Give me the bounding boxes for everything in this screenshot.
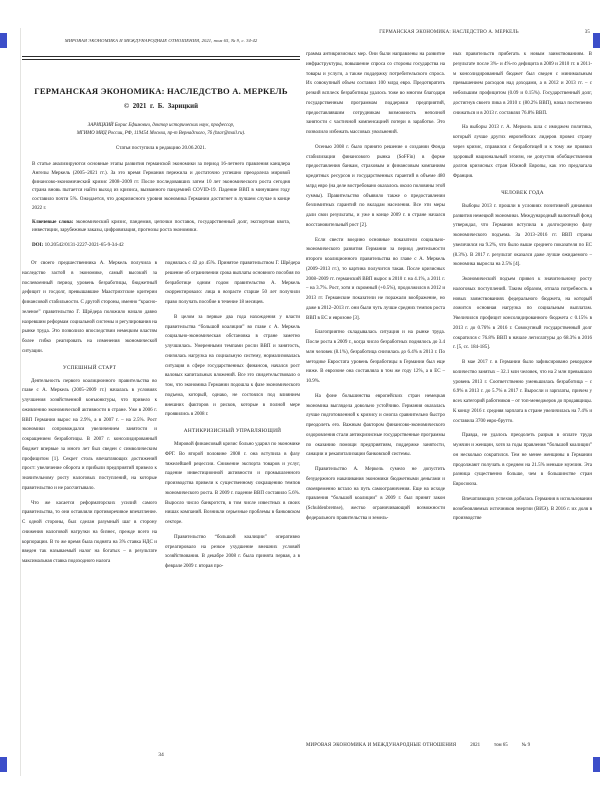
page-edge-line bbox=[20, 28, 21, 776]
body-paragraph: Правда, не удалось преодолеть разрыв в о… bbox=[453, 431, 592, 490]
body-paragraph: От своего предшественника А. Меркель пол… bbox=[22, 259, 157, 357]
body-paragraph: Что же касается реформаторских усилий са… bbox=[22, 499, 157, 567]
doi-label: DOI: bbox=[32, 242, 43, 248]
copyright-author-line: © 2021 г. Б. Зарицкий bbox=[22, 103, 300, 110]
scan-mark-bottom-right-icon bbox=[593, 757, 600, 772]
footer-year: 2021 bbox=[470, 743, 480, 748]
column-2: поднялась с 42 до 45%. Принятое правител… bbox=[165, 259, 300, 577]
body-paragraph: На выборы 2013 г. А. Меркель шла с имидж… bbox=[453, 123, 592, 182]
body-paragraph: Деятельность первого коалиционного прави… bbox=[22, 377, 157, 494]
article-title: ГЕРМАНСКАЯ ЭКОНОМИКА: НАСЛЕДСТВО А. МЕРК… bbox=[22, 86, 300, 96]
body-paragraph: В целом за первые два года нахождения у … bbox=[165, 313, 300, 420]
journal-footer: МИРОВАЯ ЭКОНОМИКА И МЕЖДУНАРОДНЫЕ ОТНОШЕ… bbox=[306, 743, 592, 748]
received-date: Статья поступила в редакцию 20.06.2021. bbox=[22, 145, 300, 151]
body-paragraph: В мае 2017 г. в Германии было зафиксиров… bbox=[453, 358, 592, 426]
scanned-journal-spread: МИРОВАЯ ЭКОНОМИКА И МЕЖДУНАРОДНЫЕ ОТНОШЕ… bbox=[0, 0, 600, 800]
scan-mark-bottom-left-icon bbox=[0, 757, 7, 772]
footer-volume: том 65 bbox=[494, 743, 508, 748]
body-paragraph: ных правительств прибегать к новым заимс… bbox=[453, 50, 592, 118]
body-columns-right-page: грамма антикризисных мер. Они были напра… bbox=[306, 50, 592, 529]
page-right: ГЕРМАНСКАЯ ЭКОНОМИКА: НАСЛЕДСТВО А. МЕРК… bbox=[306, 30, 592, 774]
column-1: От своего предшественника А. Меркель пол… bbox=[22, 259, 157, 577]
header-double-rule bbox=[22, 56, 300, 60]
body-paragraph: Правительство “большой коалиции” операти… bbox=[165, 533, 300, 572]
section-heading: ЧЕЛОВЕК ГОДА bbox=[453, 190, 592, 196]
running-head-title: ГЕРМАНСКАЯ ЭКОНОМИКА: НАСЛЕДСТВО А. МЕРК… bbox=[379, 30, 519, 35]
body-paragraph: Выборы 2013 г. прошли в условиях позитив… bbox=[453, 202, 592, 270]
scan-mark-top-left-icon bbox=[0, 33, 7, 48]
keywords-block: Ключевые слова: экономический кризис, па… bbox=[32, 218, 290, 236]
body-paragraph: Благоприятно складывалась ситуация и на … bbox=[306, 328, 445, 387]
running-head-left: МИРОВАЯ ЭКОНОМИКА И МЕЖДУНАРОДНЫЕ ОТНОШЕ… bbox=[22, 38, 300, 43]
body-paragraph: Экономический подъем привел к значительн… bbox=[453, 275, 592, 353]
column-2: ных правительств прибегать к новым заимс… bbox=[453, 50, 592, 529]
author-affiliation-line: ЗАРИЦКИЙ Борис Ефимович, доктор историче… bbox=[22, 122, 300, 130]
column-1: грамма антикризисных мер. Они были напра… bbox=[306, 50, 445, 529]
scan-mark-top-right-icon bbox=[593, 33, 600, 48]
body-paragraph: Мировой финансовый кризис больно ударил … bbox=[165, 440, 300, 528]
footer-journal-name: МИРОВАЯ ЭКОНОМИКА И МЕЖДУНАРОДНЫЕ ОТНОШЕ… bbox=[306, 743, 456, 748]
doi-block: DOI: 10.20542/0131-2227-2021-65-9-34-42 bbox=[32, 242, 290, 248]
body-paragraph: Осенью 2008 г. было принято решение о со… bbox=[306, 143, 445, 231]
section-heading: АНТИКРИЗИСНЫЙ УПРАВЛЯЮЩИЙ bbox=[165, 428, 300, 434]
author-affiliation-line: МГИМО МИД России, РФ, 119454 Москва, пр-… bbox=[22, 130, 300, 138]
body-columns-left-page: От своего предшественника А. Меркель пол… bbox=[22, 259, 300, 577]
body-paragraph: Если свести воедино основные показатели … bbox=[306, 236, 445, 324]
page-left: МИРОВАЯ ЭКОНОМИКА И МЕЖДУНАРОДНЫЕ ОТНОШЕ… bbox=[22, 38, 300, 774]
keywords-label: Ключевые слова: bbox=[32, 219, 73, 225]
page-number: 35 bbox=[585, 30, 590, 35]
body-paragraph: Впечатляющих успехов добилась Германия в… bbox=[453, 495, 592, 524]
body-paragraph: поднялась с 42 до 45%. Принятое правител… bbox=[165, 259, 300, 308]
author-affiliation: ЗАРИЦКИЙ Борис Ефимович, доктор историче… bbox=[22, 122, 300, 138]
body-paragraph: На фоне большинства европейских стран не… bbox=[306, 392, 445, 460]
section-heading: УСПЕШНЫЙ СТАРТ bbox=[22, 365, 157, 371]
page-number: 34 bbox=[22, 752, 300, 758]
doi-value: 10.20542/0131-2227-2021-65-9-34-42 bbox=[45, 242, 124, 248]
abstract-text: В статье анализируются основные этапы ра… bbox=[32, 160, 290, 213]
footer-issue: № 9 bbox=[522, 743, 530, 748]
running-head-right: ГЕРМАНСКАЯ ЭКОНОМИКА: НАСЛЕДСТВО А. МЕРК… bbox=[306, 30, 592, 35]
body-paragraph: грамма антикризисных мер. Они были напра… bbox=[306, 50, 445, 138]
body-paragraph: Правительство А. Меркель сумело не допус… bbox=[306, 465, 445, 524]
